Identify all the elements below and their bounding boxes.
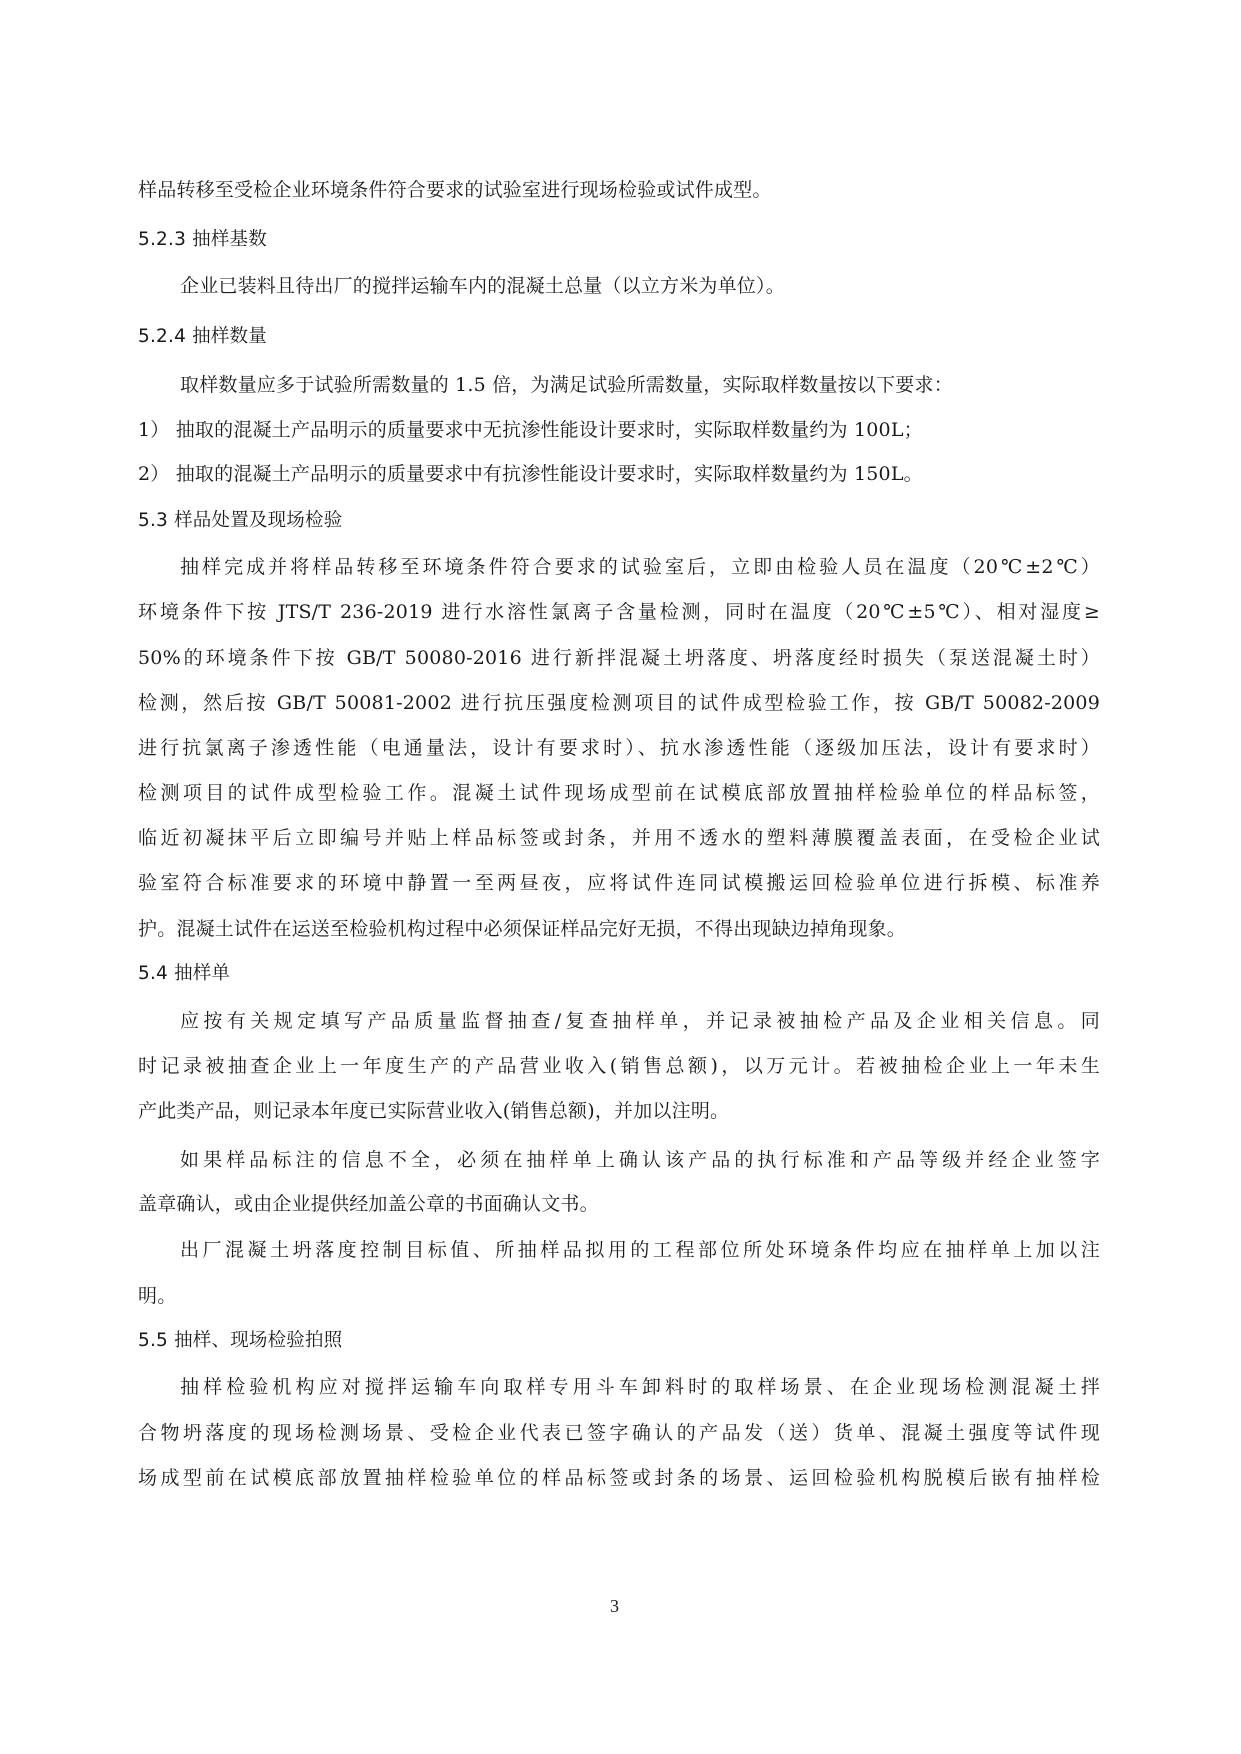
paragraph-line: 取样数量应多于试验所需数量的 1.5 倍，为满足试验所需数量，实际取样数量按以下… bbox=[180, 373, 953, 397]
paragraph-line: 产此类产品，则记录本年度已实际营业收入(销售总额)，并加以注明。 bbox=[138, 1099, 729, 1123]
paragraph-line: 应按有关规定填写产品质量监督抽查/复查抽样单，并记录被抽检产品及企业相关信息。同 bbox=[180, 1009, 1100, 1033]
paragraph-line: 验室符合标准要求的环境中静置一至两昼夜，应将试件连同试模搬运回检验单位进行拆模、… bbox=[138, 871, 1100, 895]
paragraph-line: 检测项目的试件成型检验工作。混凝土试件现场成型前在试模底部放置抽样检验单位的样品… bbox=[138, 781, 1100, 805]
paragraph-line: 护。混凝土试件在运送至检验机构过程中必须保证样品完好无损，不得出现缺边掉角现象。 bbox=[138, 917, 906, 941]
paragraph-line: 抽样完成并将样品转移至环境条件符合要求的试验室后，立即由检验人员在温度（20℃±… bbox=[180, 555, 1100, 579]
section-heading-5-3: 5.3 样品处置及现场检验 bbox=[138, 509, 342, 533]
document-page: 样品转移至受检企业环境条件符合要求的试验室进行现场检验或试件成型。 5.2.3 … bbox=[0, 0, 1241, 1754]
section-heading-5-2-3: 5.2.3 抽样基数 bbox=[138, 228, 267, 252]
body-line: 样品转移至受检企业环境条件符合要求的试验室进行现场检验或试件成型。 bbox=[138, 178, 772, 202]
paragraph-line: 盖章确认，或由企业提供经加盖公章的书面确认文书。 bbox=[138, 1192, 599, 1216]
paragraph-line: 抽样检验机构应对搅拌运输车向取样专用斗车卸料时的取样场景、在企业现场检测混凝土拌 bbox=[180, 1375, 1100, 1399]
paragraph-line: 50%的环境条件下按 GB/T 50080-2016 进行新拌混凝土坍落度、坍落… bbox=[138, 646, 1100, 670]
paragraph-line: 场成型前在试模底部放置抽样检验单位的样品标签或封条的场景、运回检验机构脱模后嵌有… bbox=[138, 1466, 1100, 1490]
paragraph-line: 出厂混凝土坍落度控制目标值、所抽样品拟用的工程部位所处环境条件均应在抽样单上加以… bbox=[180, 1238, 1100, 1262]
list-item-1: 1） 抽取的混凝土产品明示的质量要求中无抗渗性能设计要求时，实际取样数量约为 1… bbox=[138, 418, 923, 442]
section-heading-5-2-4: 5.2.4 抽样数量 bbox=[138, 325, 267, 349]
paragraph-line: 如果样品标注的信息不全，必须在抽样单上确认该产品的执行标准和产品等级并经企业签字 bbox=[180, 1148, 1100, 1172]
paragraph-line: 检测，然后按 GB/T 50081-2002 进行抗压强度检测项目的试件成型检验… bbox=[138, 691, 1100, 715]
paragraph-line: 时记录被抽查企业上一年度生产的产品营业收入(销售总额)，以万元计。若被抽检企业上… bbox=[138, 1054, 1100, 1078]
paragraph-line: 企业已装料且待出厂的搅拌运输车内的混凝土总量（以立方米为单位）。 bbox=[180, 274, 785, 298]
paragraph-line: 进行抗氯离子渗透性能（电通量法，设计有要求时）、抗水渗透性能（逐级加压法，设计有… bbox=[138, 736, 1100, 760]
paragraph-line: 环境条件下按 JTS/T 236-2019 进行水溶性氯离子含量检测，同时在温度… bbox=[138, 600, 1100, 624]
paragraph-line: 明。 bbox=[138, 1284, 176, 1308]
list-item-2: 2） 抽取的混凝土产品明示的质量要求中有抗渗性能设计要求时，实际取样数量约为 1… bbox=[138, 462, 923, 486]
section-heading-5-4: 5.4 抽样单 bbox=[138, 962, 230, 986]
section-heading-5-5: 5.5 抽样、现场检验拍照 bbox=[138, 1329, 342, 1353]
paragraph-line: 临近初凝抹平后立即编号并贴上样品标签或封条，并用不透水的塑料薄膜覆盖表面，在受检… bbox=[138, 826, 1100, 850]
page-number: 3 bbox=[610, 1596, 619, 1617]
paragraph-line: 合物坍落度的现场检测场景、受检企业代表已签字确认的产品发（送）货单、混凝土强度等… bbox=[138, 1421, 1100, 1445]
